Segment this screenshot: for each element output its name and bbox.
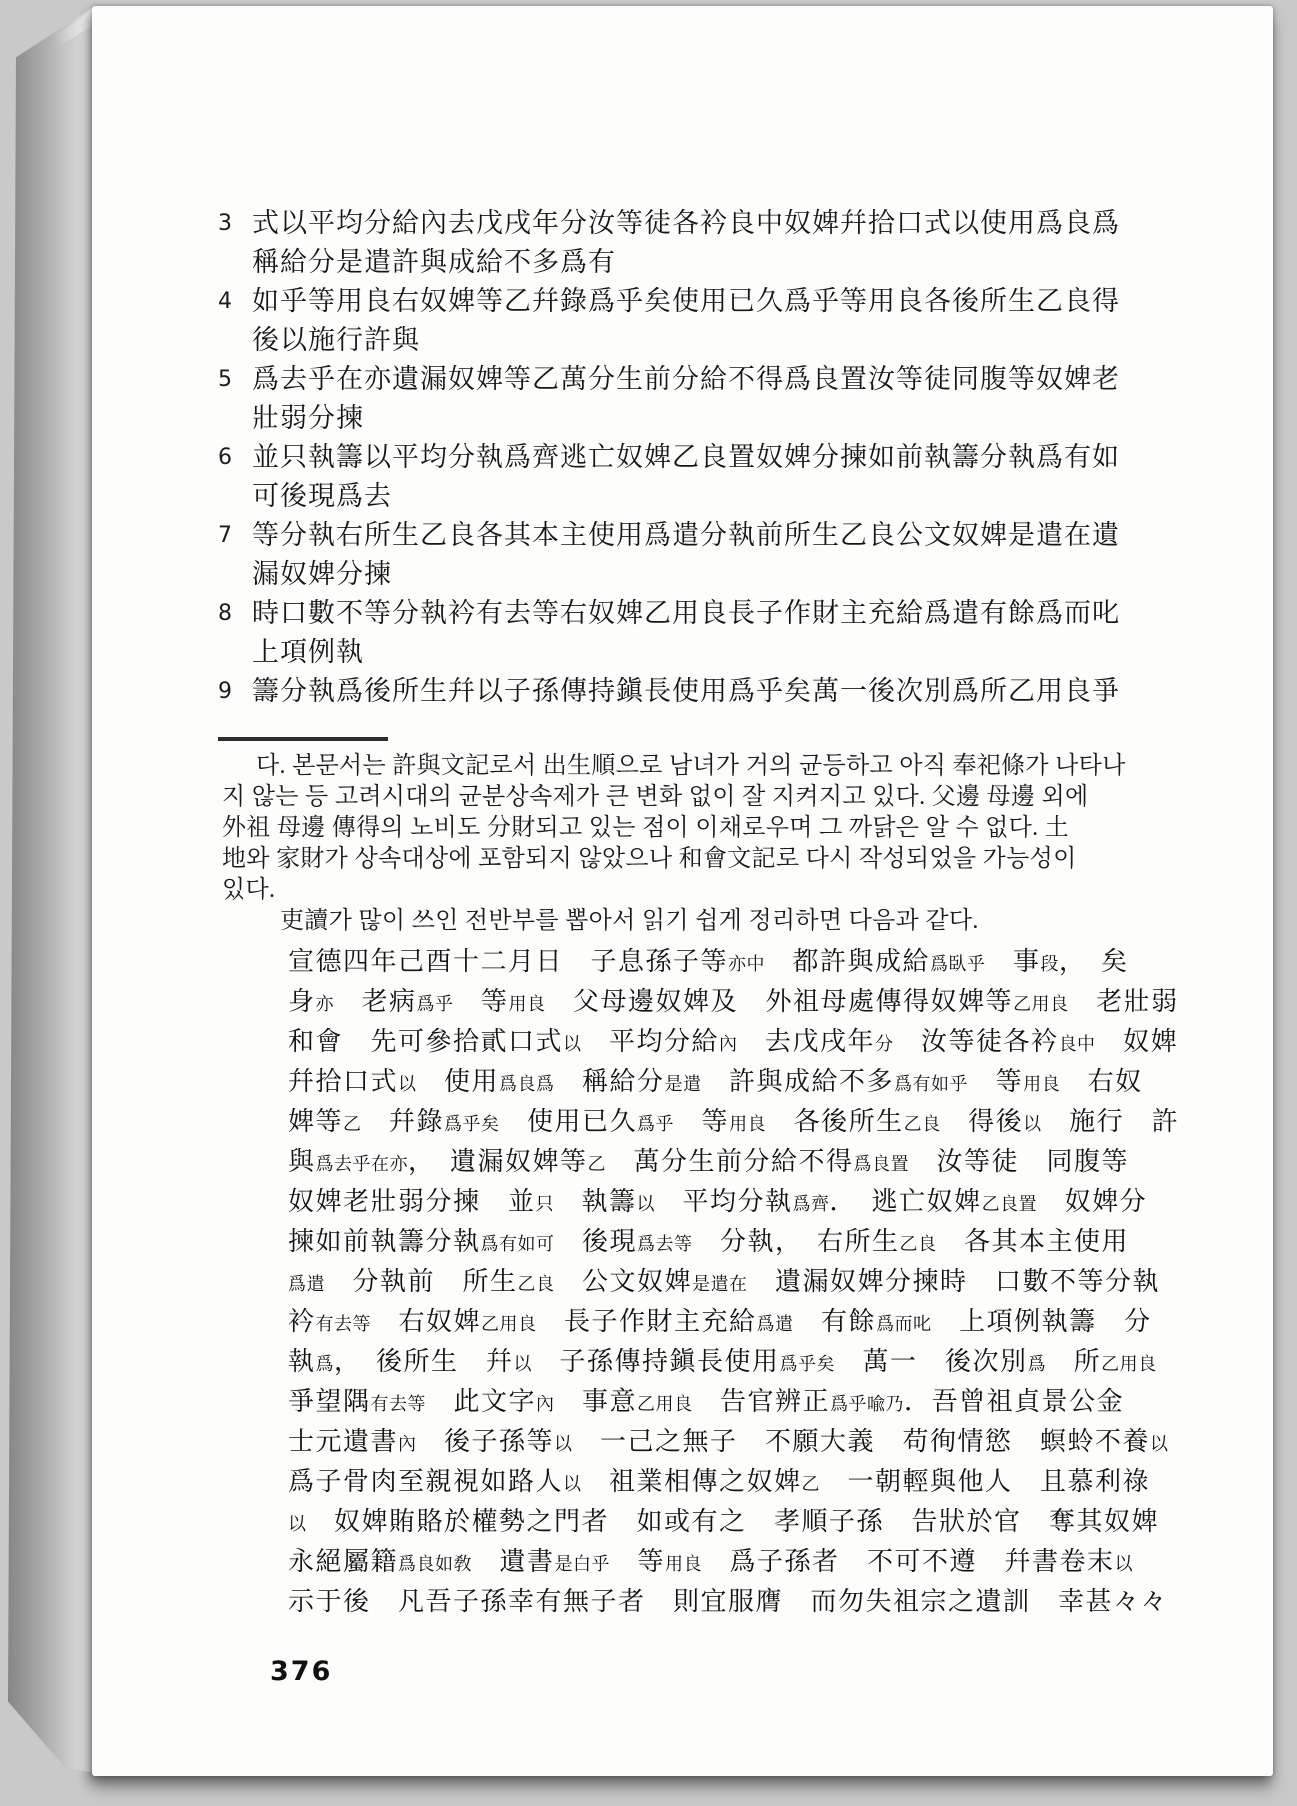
idu-particle: 爲良置 (854, 1154, 910, 1174)
footnote-line: 地와 家財가 상속대상에 포함되지 않았으나 和會文記로 다시 작성되었을 가능… (222, 844, 1273, 875)
footnote-line: 外祖 母邊 傳得의 노비도 分財되고 있는 점이 이채로우며 그 까닭은 알 수… (222, 813, 1273, 844)
idu-text: 分執， 右所生 (693, 1227, 900, 1256)
idu-particle: 以 (288, 1514, 307, 1534)
idu-particle: 以 (563, 1474, 582, 1494)
idu-text: 右奴婢 (371, 1307, 481, 1336)
idu-particle: 內 (719, 1034, 738, 1054)
idu-particle: 爲有如可 (481, 1234, 555, 1254)
idu-line: 示于後 凡吾子孫幸有無子者 則宜服膺 而勿失祖宗之遺訓 幸甚々々 (288, 1583, 1273, 1620)
idu-text: 分執前 所生 (325, 1267, 518, 1296)
idu-particle: 爲遣 (757, 1314, 794, 1334)
idu-particle: 爲 (1028, 1354, 1047, 1374)
idu-particle: 以 (514, 1354, 533, 1374)
idu-particle: 乙 (588, 1154, 607, 1174)
idu-text: ， 遺漏奴婢等 (408, 1147, 588, 1176)
footnote-block: 다. 본문서는 許與文記로서 出生順으로 남녀가 거의 균등하고 아직 奉祀條가… (222, 751, 1273, 937)
idu-particle: 爲齊 (793, 1194, 830, 1214)
idu-particle: 爲 (316, 1354, 335, 1374)
idu-text: 等 (610, 1547, 665, 1576)
idu-particle: 良中 (1059, 1034, 1096, 1054)
clause-text-line: 後以施行許與 (252, 321, 1120, 360)
idu-particle: 爲乎矣 (444, 1114, 500, 1134)
scanned-book-page: 3式以平均分給內去戊戌年分汝等徒各衿良中奴婢幷拾口式以使用爲良爲稱給分是遣許與成… (92, 6, 1273, 1776)
clause-text-line: 式以平均分給內去戊戌年分汝等徒各衿良中奴婢幷拾口式以使用爲良爲 (252, 204, 1120, 243)
idu-line: 身亦 老病爲乎 等用良 父母邊奴婢及 外祖母處傳得奴婢等乙用良 老壯弱 (288, 983, 1273, 1023)
numbered-clause: 3式以平均分給內去戊戌年分汝等徒各衿良中奴婢幷拾口式以使用爲良爲稱給分是遣許與成… (218, 204, 1273, 282)
idu-text: 示于後 凡吾子孫幸有無子者 則宜服膺 而勿失祖宗之遺訓 幸甚々々 (288, 1587, 1168, 1616)
idu-text: 汝等徒 同腹等 (909, 1147, 1129, 1176)
idu-text: 婢等 (288, 1107, 343, 1136)
clause-number: 8 (218, 594, 252, 633)
idu-text: 奴婢 (1096, 1027, 1179, 1056)
clause-text-line: 等分執右所生乙良各其本主使用爲遣分執前所生乙良公文奴婢是遣在遺 (252, 516, 1120, 555)
idu-text: 許與成給不多 (702, 1067, 895, 1096)
idu-text: 上項例執籌 分 (932, 1307, 1152, 1336)
idu-text: 等 (674, 1107, 729, 1136)
idu-line: 爲遣 分執前 所生乙良 公文奴婢是遣在 遺漏奴婢分揀時 口數不等分執 (288, 1263, 1273, 1303)
idu-line: 執爲， 後所生 幷以 子孫傳持鎭長使用爲乎矣 萬一 後次別爲 所乙用良 (288, 1343, 1273, 1383)
clause-number: 7 (218, 516, 252, 555)
idu-particle: 乙用良 (1013, 994, 1069, 1014)
idu-particle: 乙良 (900, 1234, 937, 1254)
idu-particle: 爲良爲 (499, 1074, 555, 1094)
idu-text: 汝等徒各衿 (894, 1027, 1059, 1056)
clause-text-line: 爲去乎在亦遺漏奴婢等乙萬分生前分給不得爲良置汝等徒同腹等奴婢老 (252, 360, 1120, 399)
idu-text: 施行 許 (1042, 1107, 1180, 1136)
idu-particle: 內 (398, 1434, 417, 1454)
idu-line: 爲子骨肉至親視如路人以 祖業相傳之奴婢乙 一朝輕與他人 且慕利祿 (288, 1463, 1273, 1503)
idu-line: 士元遺書內 後子孫等以 一己之無子 不願大義 苟徇情慾 螟蛉不養以 (288, 1423, 1273, 1463)
idu-particle: 以 (1115, 1554, 1134, 1574)
idu-particle: 爲去乎在亦 (316, 1154, 409, 1174)
book-page-stack-edge (8, 8, 92, 1772)
clause-lines: 籌分執爲後所生幷以子孫傳持鎭長使用爲乎矣萬一後次別爲所乙用良爭 (252, 672, 1120, 711)
idu-particle: 用良 (665, 1554, 702, 1574)
footnote-line: 다. 본문서는 許與文記로서 出生順으로 남녀가 거의 균등하고 아직 奉祀條가… (222, 751, 1273, 782)
idu-line: 幷拾口式以 使用爲良爲 稱給分是遣 許與成給不多爲有如乎 等用良 右奴 (288, 1063, 1273, 1103)
clause-number: 6 (218, 438, 252, 477)
clause-number: 4 (218, 282, 252, 321)
idu-text: 公文奴婢 (555, 1267, 693, 1296)
idu-text: 一己之無子 不願大義 苟徇情慾 螟蛉不養 (573, 1427, 1151, 1456)
idu-text: 老壯弱 (1069, 987, 1179, 1016)
idu-text: 遺書 (472, 1547, 555, 1576)
idu-text: 去戊戌年 (738, 1027, 876, 1056)
idu-text: 奴婢老壯弱分揀 並 (288, 1187, 536, 1216)
idu-text: 身 (288, 987, 316, 1016)
idu-particle: 乙良 (904, 1114, 941, 1134)
idu-particle: 爲而叱 (876, 1314, 932, 1334)
clause-lines: 如乎等用良右奴婢等乙幷錄爲乎矣使用已久爲乎等用良各後所生乙良得後以施行許與 (252, 282, 1120, 360)
numbered-clause: 5爲去乎在亦遺漏奴婢等乙萬分生前分給不得爲良置汝等徒同腹等奴婢老壯弱分揀 (218, 360, 1273, 438)
idu-text: 萬分生前分給不得 (606, 1147, 854, 1176)
idu-text: 奴婢賄賂於權勢之門者 如或有之 孝順子孫 告狀於官 奪其奴婢 (307, 1507, 1160, 1536)
idu-text: 事 (986, 947, 1041, 976)
idu-particle: 以 (1023, 1114, 1042, 1134)
idu-particle: 爲乎 (417, 994, 454, 1014)
idu-text: 平均分給 (582, 1027, 720, 1056)
idu-text: 老病 (334, 987, 417, 1016)
clause-lines: 等分執右所生乙良各其本主使用爲遣分執前所生乙良公文奴婢是遣在遺漏奴婢分揀 (252, 516, 1120, 594)
idu-particle: 用良 (1023, 1074, 1060, 1094)
idu-particle: 爲去等 (637, 1234, 693, 1254)
idu-particle: 以 (1150, 1434, 1169, 1454)
idu-text: 右奴 (1060, 1067, 1143, 1096)
idu-particle: 乙 (343, 1114, 362, 1134)
idu-text: ， 矣 (1059, 947, 1129, 976)
idu-text: 等 (454, 987, 509, 1016)
idu-text: 稱給分 (555, 1067, 665, 1096)
idu-particle: 爲乎喩乃 (830, 1394, 904, 1414)
idu-particle: 是遣在 (692, 1274, 748, 1294)
idu-text: 和會 先可參拾貳口式 (288, 1027, 563, 1056)
idu-text: 使用已久 (500, 1107, 638, 1136)
idu-transcription-block: 宣德四年己酉十二月日 子息孫子等亦中 都許與成給爲臥乎 事段， 矣身亦 老病爲乎… (288, 943, 1273, 1620)
idu-text: 宣德四年己酉十二月日 子息孫子等 (288, 947, 728, 976)
clause-lines: 式以平均分給內去戊戌年分汝等徒各衿良中奴婢幷拾口式以使用爲良爲稱給分是遣許與成給… (252, 204, 1120, 282)
clause-lines: 並只執籌以平均分執爲齊逃亡奴婢乙良置奴婢分揀如前執籌分執爲有如可後現爲去 (252, 438, 1120, 516)
idu-text: 長子作財主充給 (537, 1307, 757, 1336)
idu-text: 使用 (417, 1067, 500, 1096)
idu-particle: 爲臥乎 (930, 954, 986, 974)
idu-text: 各其本主使用 (937, 1227, 1130, 1256)
idu-particle: 只 (536, 1194, 555, 1214)
idu-line: 與爲去乎在亦， 遺漏奴婢等乙 萬分生前分給不得爲良置 汝等徒 同腹等 (288, 1143, 1273, 1183)
idu-text: 此文字 (426, 1387, 536, 1416)
clause-text-line: 上項例執 (252, 633, 1120, 672)
idu-particle: 爲乎 (637, 1114, 674, 1134)
clause-text-line: 壯弱分揀 (252, 399, 1120, 438)
idu-particle: 以 (554, 1434, 573, 1454)
idu-text: 子孫傳持鎭長使用 (532, 1347, 780, 1376)
idu-text: 都許與成給 (765, 947, 930, 976)
clause-text-line: 漏奴婢分揀 (252, 555, 1120, 594)
idu-particle: 段 (1041, 954, 1060, 974)
idu-text: ． 逃亡奴婢 (830, 1187, 982, 1216)
numbered-clause-list: 3式以平均分給內去戊戌年分汝等徒各衿良中奴婢幷拾口式以使用爲良爲稱給分是遣許與成… (218, 204, 1273, 711)
idu-text: 爲子骨肉至親視如路人 (288, 1467, 563, 1496)
idu-text: 執 (288, 1347, 316, 1376)
idu-text: 平均分執 (655, 1187, 793, 1216)
idu-particle: 乙用良 (1101, 1354, 1157, 1374)
clause-number: 9 (218, 672, 252, 711)
numbered-clause: 6並只執籌以平均分執爲齊逃亡奴婢乙良置奴婢分揀如前執籌分執爲有如可後現爲去 (218, 438, 1273, 516)
idu-text: 得後 (941, 1107, 1024, 1136)
idu-text: 等 (968, 1067, 1023, 1096)
idu-particle: 乙用良 (481, 1314, 537, 1334)
idu-text: 有餘 (794, 1307, 877, 1336)
idu-particle: 有去等 (316, 1314, 372, 1334)
idu-particle: 乙良 (518, 1274, 555, 1294)
idu-text: 告官辨正 (693, 1387, 831, 1416)
footnote-separator-rule (218, 737, 388, 741)
idu-line: 以 奴婢賄賂於權勢之門者 如或有之 孝順子孫 告狀於官 奪其奴婢 (288, 1503, 1273, 1543)
idu-text: 爭望隅 (288, 1387, 371, 1416)
idu-text: 祖業相傳之奴婢 (582, 1467, 802, 1496)
idu-particle: 以 (637, 1194, 656, 1214)
clause-lines: 時口數不等分執衿有去等右奴婢乙用良長子作財主充給爲遣有餘爲而叱上項例執 (252, 594, 1120, 672)
idu-line: 宣德四年己酉十二月日 子息孫子等亦中 都許與成給爲臥乎 事段， 矣 (288, 943, 1273, 983)
footnote-line: 지 않는 등 고려시대의 균분상속제가 큰 변화 없이 잘 지켜지고 있다. 父… (222, 782, 1273, 813)
idu-particle: 用良 (509, 994, 546, 1014)
clause-lines: 爲去乎在亦遺漏奴婢等乙萬分生前分給不得爲良置汝等徒同腹等奴婢老壯弱分揀 (252, 360, 1120, 438)
idu-particle: 爲良如敎 (398, 1554, 472, 1574)
idu-particle: 爲有如乎 (894, 1074, 968, 1094)
idu-line: 衿有去等 右奴婢乙用良 長子作財主充給爲遣 有餘爲而叱 上項例執籌 分 (288, 1303, 1273, 1343)
numbered-clause: 8時口數不等分執衿有去等右奴婢乙用良長子作財主充給爲遣有餘爲而叱上項例執 (218, 594, 1273, 672)
idu-particle: 以 (563, 1034, 582, 1054)
clause-text-line: 可後現爲去 (252, 477, 1120, 516)
page-number: 376 (270, 1656, 1273, 1687)
idu-particle: 亦中 (728, 954, 765, 974)
numbered-clause: 7等分執右所生乙良各其本主使用爲遣分執前所生乙良公文奴婢是遣在遺漏奴婢分揀 (218, 516, 1273, 594)
idu-text: 士元遺書 (288, 1427, 398, 1456)
idu-particle: 以 (398, 1074, 417, 1094)
idu-line: 揀如前執籌分執爲有如可 後現爲去等 分執， 右所生乙良 各其本主使用 (288, 1223, 1273, 1263)
clause-text-line: 如乎等用良右奴婢等乙幷錄爲乎矣使用已久爲乎等用良各後所生乙良得 (252, 282, 1120, 321)
idu-text: 衿 (288, 1307, 316, 1336)
numbered-clause: 4如乎等用良右奴婢等乙幷錄爲乎矣使用已久爲乎等用良各後所生乙良得後以施行許與 (218, 282, 1273, 360)
clause-number: 5 (218, 360, 252, 399)
idu-text: 執籌 (554, 1187, 637, 1216)
idu-text: 幷拾口式 (288, 1067, 398, 1096)
idu-particle: 有去等 (371, 1394, 427, 1414)
idu-text: 後子孫等 (417, 1427, 555, 1456)
idu-text: ， 後所生 幷 (334, 1347, 514, 1376)
idu-text: 揀如前執籌分執 (288, 1227, 481, 1256)
idu-line: 奴婢老壯弱分揀 並只 執籌以 平均分執爲齊． 逃亡奴婢乙良置 奴婢分 (288, 1183, 1273, 1223)
idu-text: 與 (288, 1147, 316, 1176)
idu-text: 遺漏奴婢分揀時 口數不等分執 (748, 1267, 1161, 1296)
footnote-line: 吏讀가 많이 쓰인 전반부를 뽑아서 읽기 쉽게 정리하면 다음과 같다. (222, 906, 1273, 937)
idu-particle: 內 (536, 1394, 555, 1414)
idu-particle: 乙用良 (637, 1394, 693, 1414)
idu-line: 婢等乙 幷錄爲乎矣 使用已久爲乎 等用良 各後所生乙良 得後以 施行 許 (288, 1103, 1273, 1143)
idu-particle: 是遣 (665, 1074, 702, 1094)
idu-particle: 亦 (316, 994, 335, 1014)
idu-text: 一朝輕與他人 且慕利祿 (820, 1467, 1150, 1496)
clause-text-line: 時口數不等分執衿有去等右奴婢乙用良長子作財主充給爲遣有餘爲而叱 (252, 594, 1120, 633)
idu-line: 永絕屬籍爲良如敎 遺書是白乎 等用良 爲子孫者 不可不遵 幷書卷末以 (288, 1543, 1273, 1583)
numbered-clause: 9籌分執爲後所生幷以子孫傳持鎭長使用爲乎矣萬一後次別爲所乙用良爭 (218, 672, 1273, 711)
idu-text: 奴婢分 (1037, 1187, 1147, 1216)
idu-text: 萬一 後次別 (835, 1347, 1028, 1376)
idu-text: 後現 (555, 1227, 638, 1256)
idu-text: 爲子孫者 不可不遵 幷書卷末 (702, 1547, 1115, 1576)
idu-text: 幷錄 (362, 1107, 445, 1136)
idu-particle: 用良 (729, 1114, 766, 1134)
idu-text: 各後所生 (766, 1107, 904, 1136)
clause-text-line: 稱給分是遣許與成給不多爲有 (252, 243, 1120, 282)
idu-particle: 乙 (802, 1474, 821, 1494)
idu-line: 爭望隅有去等 此文字內 事意乙用良 告官辨正爲乎喩乃．吾曾祖貞景公金 (288, 1383, 1273, 1423)
idu-text: ．吾曾祖貞景公金 (904, 1387, 1124, 1416)
idu-text: 永絕屬籍 (288, 1547, 398, 1576)
idu-text: 所 (1046, 1347, 1101, 1376)
idu-text: 事意 (555, 1387, 638, 1416)
footnote-line: 있다. (222, 875, 1273, 906)
idu-particle: 乙良置 (982, 1194, 1038, 1214)
clause-text-line: 籌分執爲後所生幷以子孫傳持鎭長使用爲乎矣萬一後次別爲所乙用良爭 (252, 672, 1120, 711)
idu-particle: 爲乎矣 (780, 1354, 836, 1374)
idu-particle: 是白乎 (555, 1554, 611, 1574)
idu-particle: 爲遣 (288, 1274, 325, 1294)
idu-text: 父母邊奴婢及 外祖母處傳得奴婢等 (546, 987, 1014, 1016)
clause-number: 3 (218, 204, 252, 243)
idu-particle: 分 (875, 1034, 894, 1054)
clause-text-line: 並只執籌以平均分執爲齊逃亡奴婢乙良置奴婢分揀如前執籌分執爲有如 (252, 438, 1120, 477)
idu-line: 和會 先可參拾貳口式以 平均分給內 去戊戌年分 汝等徒各衿良中 奴婢 (288, 1023, 1273, 1063)
